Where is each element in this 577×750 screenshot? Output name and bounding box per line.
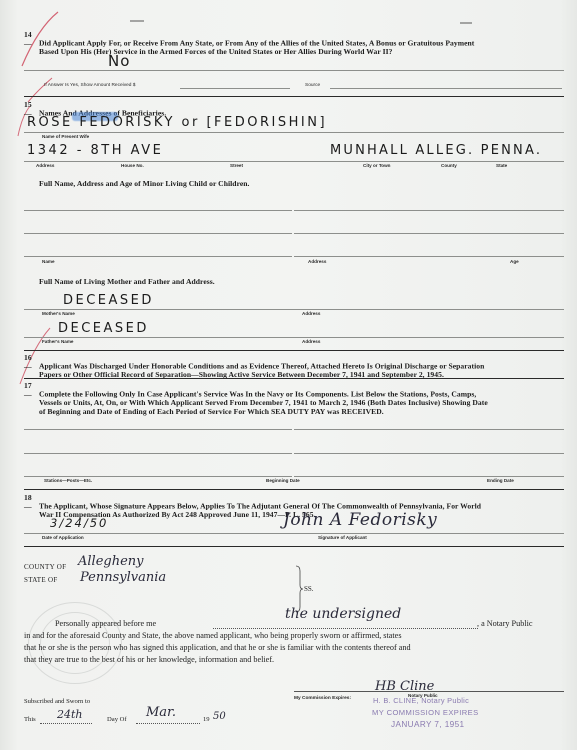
- notary-paragraph-line-3: that he or she is the person who has sig…: [24, 642, 569, 655]
- stamp-line-3: JANUARY 7, 1951: [391, 720, 465, 729]
- source-field[interactable]: [330, 88, 562, 89]
- year-prefix: 19: [203, 716, 210, 723]
- question-14-line-2: Based Upon His (Her) Service in the Arme…: [24, 48, 564, 57]
- child-name-label: Name: [42, 259, 55, 264]
- house-no-label: House No.: [121, 163, 144, 168]
- stations-label: Stations—Posts—Etc.: [44, 478, 92, 483]
- signature-label: Signature of Applicant: [318, 535, 367, 540]
- child-age-label: Age: [510, 259, 519, 264]
- question-number: 14—: [24, 31, 39, 48]
- q14-answer[interactable]: No: [108, 52, 130, 70]
- address-label: Address: [36, 163, 54, 168]
- notary-paragraph-line-2: in and for the aforesaid County and Stat…: [24, 630, 569, 643]
- section-divider: [24, 96, 564, 97]
- question-17-line-3: of Beginning and Date of Ending of Each …: [24, 408, 564, 417]
- question-number: 16—: [24, 354, 39, 371]
- print-speck: [130, 20, 144, 22]
- child-address-label: Address: [308, 259, 326, 264]
- wife-name-label: Name of Present Wife: [42, 134, 89, 139]
- month-field-line: [136, 723, 200, 724]
- application-date-value[interactable]: 3/24/50: [50, 516, 108, 530]
- section-divider: [24, 350, 564, 351]
- child-row-1-address[interactable]: [294, 210, 564, 211]
- appeared-suffix: , a Notary Public: [477, 618, 532, 631]
- sea-duty-row-2-dates[interactable]: [294, 453, 564, 454]
- ss-label: SS.: [304, 585, 314, 593]
- commission-expires-label: My Commission Expires:: [294, 696, 351, 701]
- question-number: 17—: [24, 382, 39, 399]
- child-row-2-name[interactable]: [24, 233, 292, 234]
- appeared-field-line: [213, 628, 478, 629]
- child-row-3-name[interactable]: [24, 256, 292, 257]
- beginning-date-label: Beginning Date: [266, 478, 300, 483]
- child-row-3-address[interactable]: [294, 256, 564, 257]
- day-field-line: [40, 723, 92, 724]
- amount-received-label: If Answer Is Yes, Show Amount Received $: [44, 83, 135, 88]
- applicant-signature[interactable]: John A Fedorisky: [283, 510, 437, 530]
- sea-duty-row-1-dates[interactable]: [294, 429, 564, 430]
- notary-paragraph-line-4: that they are true to the best of his or…: [24, 654, 274, 667]
- year-value[interactable]: 50: [213, 711, 226, 722]
- day-value[interactable]: 24th: [57, 708, 83, 721]
- signature-line: [24, 533, 564, 534]
- father-line: [24, 337, 564, 338]
- this-label: This: [24, 716, 36, 723]
- state-value[interactable]: Pennsylvania: [80, 570, 166, 585]
- stamp-line-1: H. B. CLINE, Notary Public: [373, 696, 469, 705]
- state-label: STATE OF: [24, 576, 58, 584]
- father-address-label: Address: [302, 339, 320, 344]
- source-label: Source: [305, 83, 320, 88]
- answer-line: [24, 70, 564, 71]
- application-date-label: Date of Application: [42, 535, 84, 540]
- question-17: 17—Complete the Following Only In Case A…: [24, 382, 564, 416]
- child-row-2-address[interactable]: [294, 233, 564, 234]
- subscribed-label: Subscribed and Sworn to: [24, 698, 90, 705]
- section-divider: [24, 489, 564, 490]
- wife-name-line: [24, 132, 564, 133]
- stamp-line-2: MY COMMISSION EXPIRES: [372, 708, 479, 717]
- address-left-value[interactable]: 1342 - 8TH AVE: [27, 143, 163, 158]
- address-line: [24, 161, 564, 162]
- father-value[interactable]: DECEASED: [58, 321, 149, 336]
- county-label: County: [441, 163, 457, 168]
- wife-name-value[interactable]: ROSE FEDORISKY or [FEDORISHIN]: [27, 115, 327, 130]
- mother-address-label: Address: [302, 311, 320, 316]
- child-row-1-name[interactable]: [24, 210, 292, 211]
- notary-signature-line: [294, 691, 564, 692]
- city-label: City or Town: [363, 163, 390, 168]
- day-of-label: Day Of: [107, 716, 127, 723]
- month-value[interactable]: Mar.: [146, 705, 176, 720]
- sea-duty-row-3-dates[interactable]: [294, 476, 564, 477]
- county-label: COUNTY OF: [24, 563, 66, 571]
- county-value[interactable]: Allegheny: [78, 554, 144, 569]
- sea-duty-row-3-station[interactable]: [24, 476, 292, 477]
- appeared-prefix: Personally appeared before me: [55, 618, 156, 631]
- father-label: Father's Name: [42, 339, 73, 344]
- sea-duty-row-2-station[interactable]: [24, 453, 292, 454]
- appeared-before-value[interactable]: the undersigned: [285, 606, 401, 622]
- print-speck: [460, 22, 472, 24]
- section-divider: [24, 378, 564, 379]
- section-divider: [24, 546, 564, 547]
- parents-title: Full Name of Living Mother and Father an…: [39, 278, 215, 287]
- document-page: 14—Did Applicant Apply For, or Receive F…: [0, 0, 577, 750]
- ending-date-label: Ending Date: [487, 478, 514, 483]
- children-title: Full Name, Address and Age of Minor Livi…: [39, 180, 250, 189]
- state-label: State: [496, 163, 507, 168]
- amount-received-field[interactable]: [180, 88, 290, 89]
- question-number: 18—: [24, 494, 39, 511]
- question-16: 16—Applicant Was Discharged Under Honora…: [24, 354, 564, 380]
- sea-duty-row-1-station[interactable]: [24, 429, 292, 430]
- address-right-value[interactable]: MUNHALL ALLEG. PENNA.: [330, 143, 542, 158]
- street-label: Street: [230, 163, 243, 168]
- question-14: 14—Did Applicant Apply For, or Receive F…: [24, 31, 564, 57]
- mother-value[interactable]: DECEASED: [63, 293, 154, 308]
- mother-line: [24, 309, 564, 310]
- mother-label: Mother's Name: [42, 311, 75, 316]
